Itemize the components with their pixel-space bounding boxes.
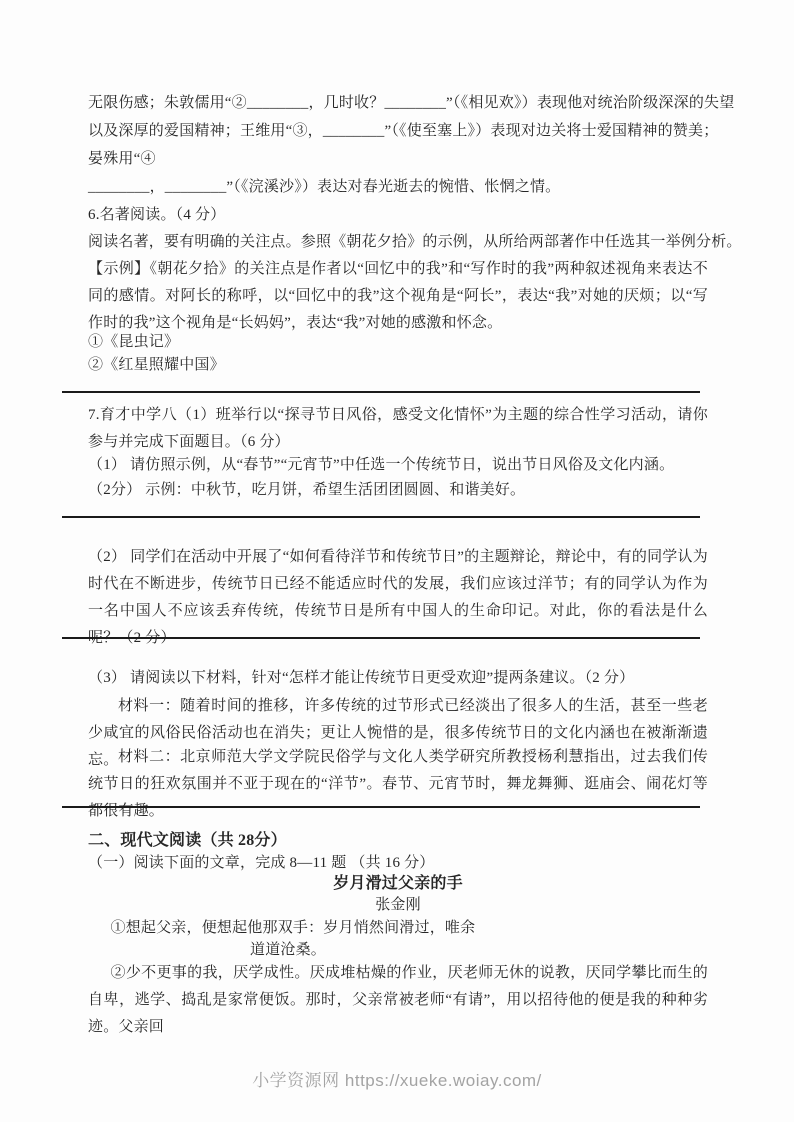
poetry-line-1: 无限伤感；朱敦儒用“②________，几时收？________”（《相见欢》）… (88, 90, 708, 117)
question-6-intro: 阅读名著，要有明确的关注点。参照《朝花夕拾》的示例，从所给两部著作中任选其一举例… (88, 229, 708, 256)
poetry-line-2: 以及深厚的爱国精神；王维用“③，________”（《使至塞上》）表现对边关将士… (88, 118, 708, 145)
section-divider-2 (62, 516, 700, 518)
poetry-line-4: ________，________”（《浣溪沙》）表达对春光逝去的惋惜、怅惘之情… (88, 174, 708, 201)
question-7-part-2: （2） 同学们在活动中开展了“如何看待洋节和传统节日”的主题辩论，辩论中，有的同… (88, 544, 708, 652)
poetry-line-3: 晏殊用“④ (88, 146, 708, 173)
question-7-material-2: 材料二：北京师范大学文学院民俗学与文化人类学研究所教授杨利慧指出，过去我们传统节… (88, 744, 708, 825)
question-7-part-1: （1） 请仿照示例，从“春节”“元宵节”中任选一个传统节日，说出节日风俗及文化内… (88, 452, 708, 479)
section-divider-4 (62, 806, 700, 808)
question-6-option-2: ②《红星照耀中国》 (88, 352, 708, 379)
exam-document-page: 无限伤感；朱敦儒用“②________，几时收？________”（《相见欢》）… (0, 0, 794, 1122)
question-7-part-1-example: （2分） 示例：中秋节，吃月饼，希望生活团团圆圆、和谐美好。 (88, 477, 708, 504)
question-7-heading: 7.育才中学八（1）班举行以“探寻节日风俗，感受文化情怀”为主题的综合性学习活动… (88, 402, 708, 456)
question-6-example: 【示例】《朝花夕拾》的关注点是作者以“回忆中的我”和“写作时的我”两种叙述视角来… (88, 256, 708, 337)
question-7-part-3: （3） 请阅读以下材料，针对“怎样才能让传统节日更受欢迎”提两条建议。（2 分） (88, 665, 708, 692)
section-divider-1 (62, 391, 700, 393)
section-divider-3 (62, 637, 700, 639)
question-6-heading: 6.名著阅读。（4 分） (88, 202, 708, 229)
essay-paragraph-1-line-1: ①想起父亲，便想起他那双手：岁月悄然间滑过，唯余 (88, 915, 708, 942)
essay-paragraph-2: ②少不更事的我，厌学成性。厌成堆枯燥的作业，厌老师无休的说教，厌同学攀比而生的自… (88, 960, 708, 1041)
source-watermark: 小学资源网 https://xueke.woiay.com/ (0, 1066, 794, 1091)
